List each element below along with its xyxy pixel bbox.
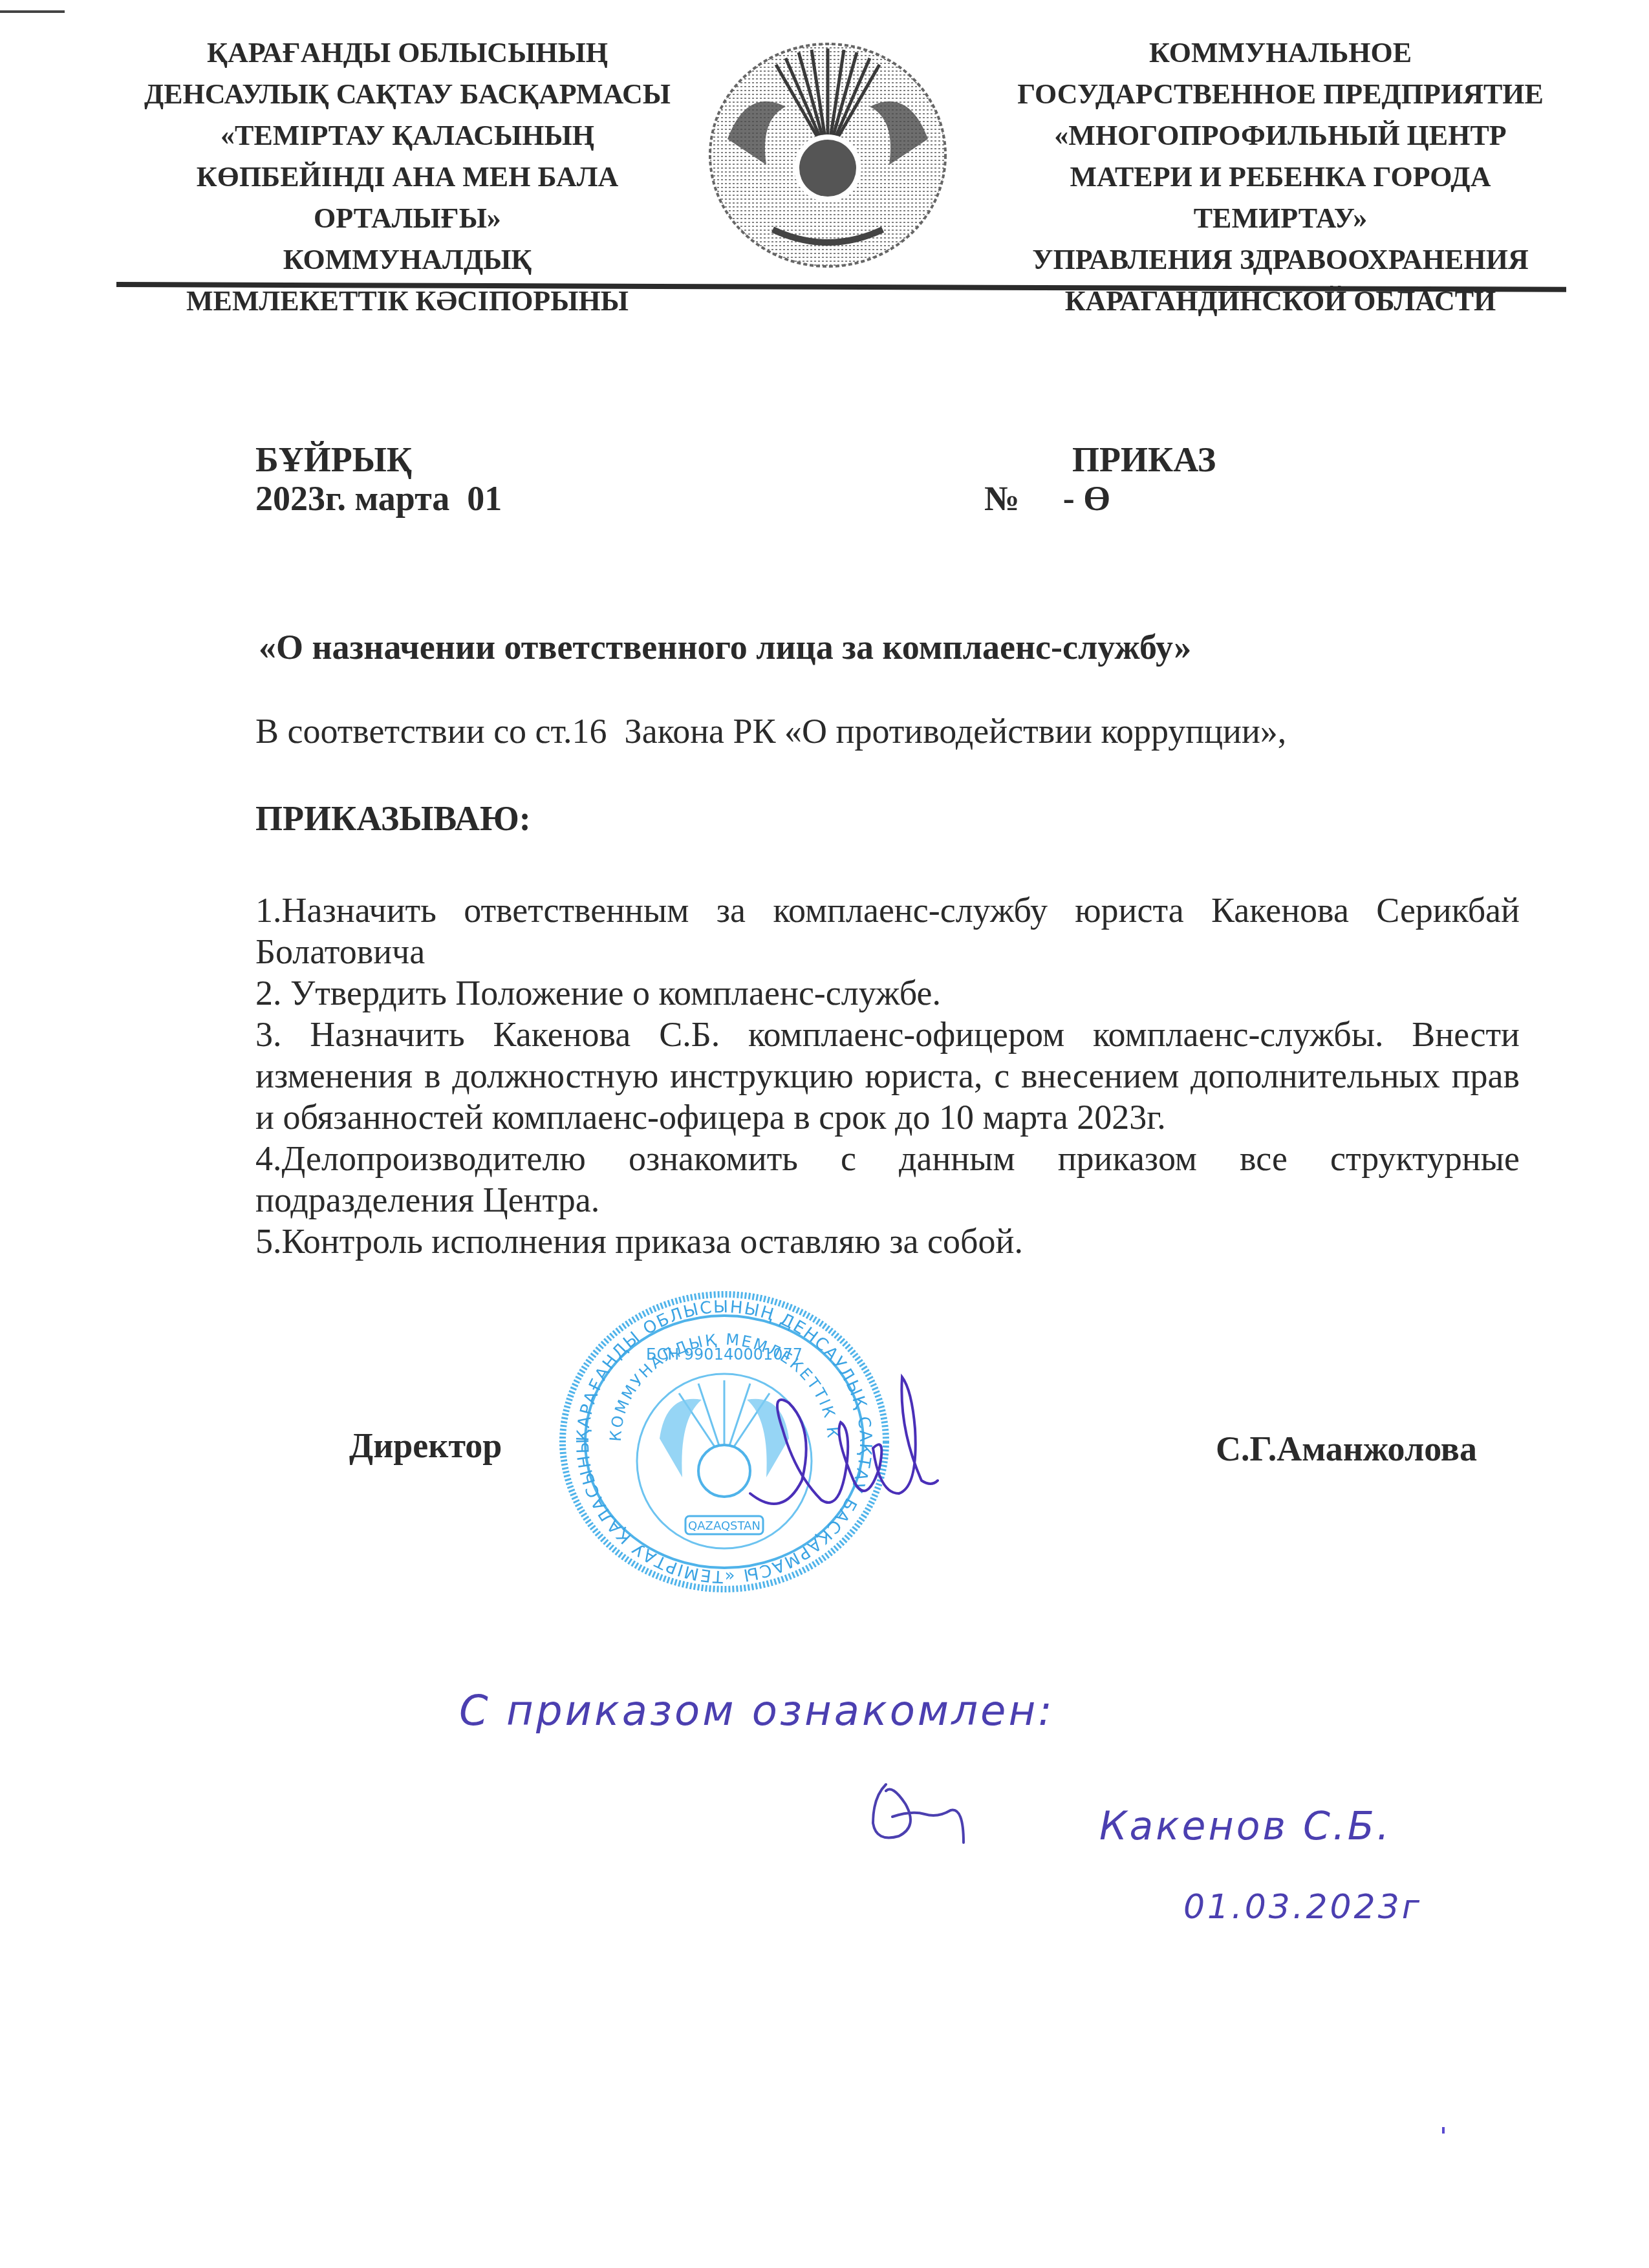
header-org-name-ru: КОММУНАЛЬНОЕ ГОСУДАРСТВЕННОЕ ПРЕДПРИЯТИЕ…	[983, 32, 1578, 322]
header-kz-line: ОРТАЛЫҒЫ»	[129, 198, 685, 239]
document-preamble: В соответствии со ст.16 Закона РК «О про…	[255, 711, 1286, 751]
order-item: 4.Делопроизводителю ознакомить с данным …	[255, 1138, 1520, 1221]
ordering-heading: ПРИКАЗЫВАЮ:	[255, 798, 531, 839]
header-kz-line: ДЕНСАУЛЫҚ САҚТАУ БАСҚАРМАСЫ	[129, 74, 685, 115]
header-ru-line: МАТЕРИ И РЕБЕНКА ГОРОДА	[983, 156, 1578, 198]
order-number: № - Ө	[984, 478, 1110, 519]
order-item: 3. Назначить Какенова С.Б. комплаенс-офи…	[255, 1014, 1520, 1138]
order-label-kz: БҰЙРЫҚ	[255, 440, 412, 480]
order-date: 2023г. марта 01	[255, 478, 502, 519]
ink-speck	[1442, 2127, 1445, 2134]
header-kz-line: ҚАРАҒАНДЫ ОБЛЫСЫНЫҢ	[129, 32, 685, 74]
header-ru-line: УПРАВЛЕНИЯ ЗДРАВООХРАНЕНИЯ	[983, 239, 1578, 281]
order-item: 5.Контроль исполнения приказа оставляю з…	[255, 1221, 1520, 1262]
stamp-emblem-label: QAZAQSTAN	[688, 1519, 760, 1533]
header-kz-line: «ТЕМІРТАУ ҚАЛАСЫНЫҢ	[129, 115, 685, 156]
header-ru-line: ТЕМИРТАУ»	[983, 198, 1578, 239]
scan-artifact-line	[0, 10, 65, 13]
header-org-name-kz: ҚАРАҒАНДЫ ОБЛЫСЫНЫҢ ДЕНСАУЛЫҚ САҚТАУ БАС…	[129, 32, 685, 322]
director-signature-icon	[744, 1351, 951, 1519]
acknowledgement-text: С приказом ознакомлен:	[459, 1687, 1055, 1735]
signatory-name: С.Г.Аманжолова	[1216, 1429, 1477, 1469]
header-ru-line: ГОСУДАРСТВЕННОЕ ПРЕДПРИЯТИЕ	[983, 74, 1578, 115]
header-ru-line: КОММУНАЛЬНОЕ	[983, 32, 1578, 74]
employee-signature-icon	[867, 1771, 996, 1849]
order-label-ru: ПРИКАЗ	[1072, 440, 1216, 480]
header-kz-line: КӨПБЕЙІНДІ АНА МЕН БАЛА	[129, 156, 685, 198]
signatory-position: Директор	[349, 1426, 502, 1466]
acknowledgement-name: Какенов С.Б.	[1099, 1804, 1392, 1849]
order-item: 2. Утвердить Положение о комплаенс-служб…	[255, 972, 1520, 1014]
order-item: 1.Назначить ответственным за комплаенс-с…	[255, 890, 1520, 972]
header-kz-line: КОММУНАЛДЫҚ	[129, 239, 685, 281]
acknowledgement-date: 01.03.2023г	[1183, 1888, 1422, 1927]
state-emblem-icon	[702, 36, 954, 275]
header-ru-line: «МНОГОПРОФИЛЬНЫЙ ЦЕНТР	[983, 115, 1578, 156]
document-title: «О назначении ответственного лица за ком…	[259, 627, 1191, 667]
order-items: 1.Назначить ответственным за комплаенс-с…	[255, 890, 1520, 1262]
